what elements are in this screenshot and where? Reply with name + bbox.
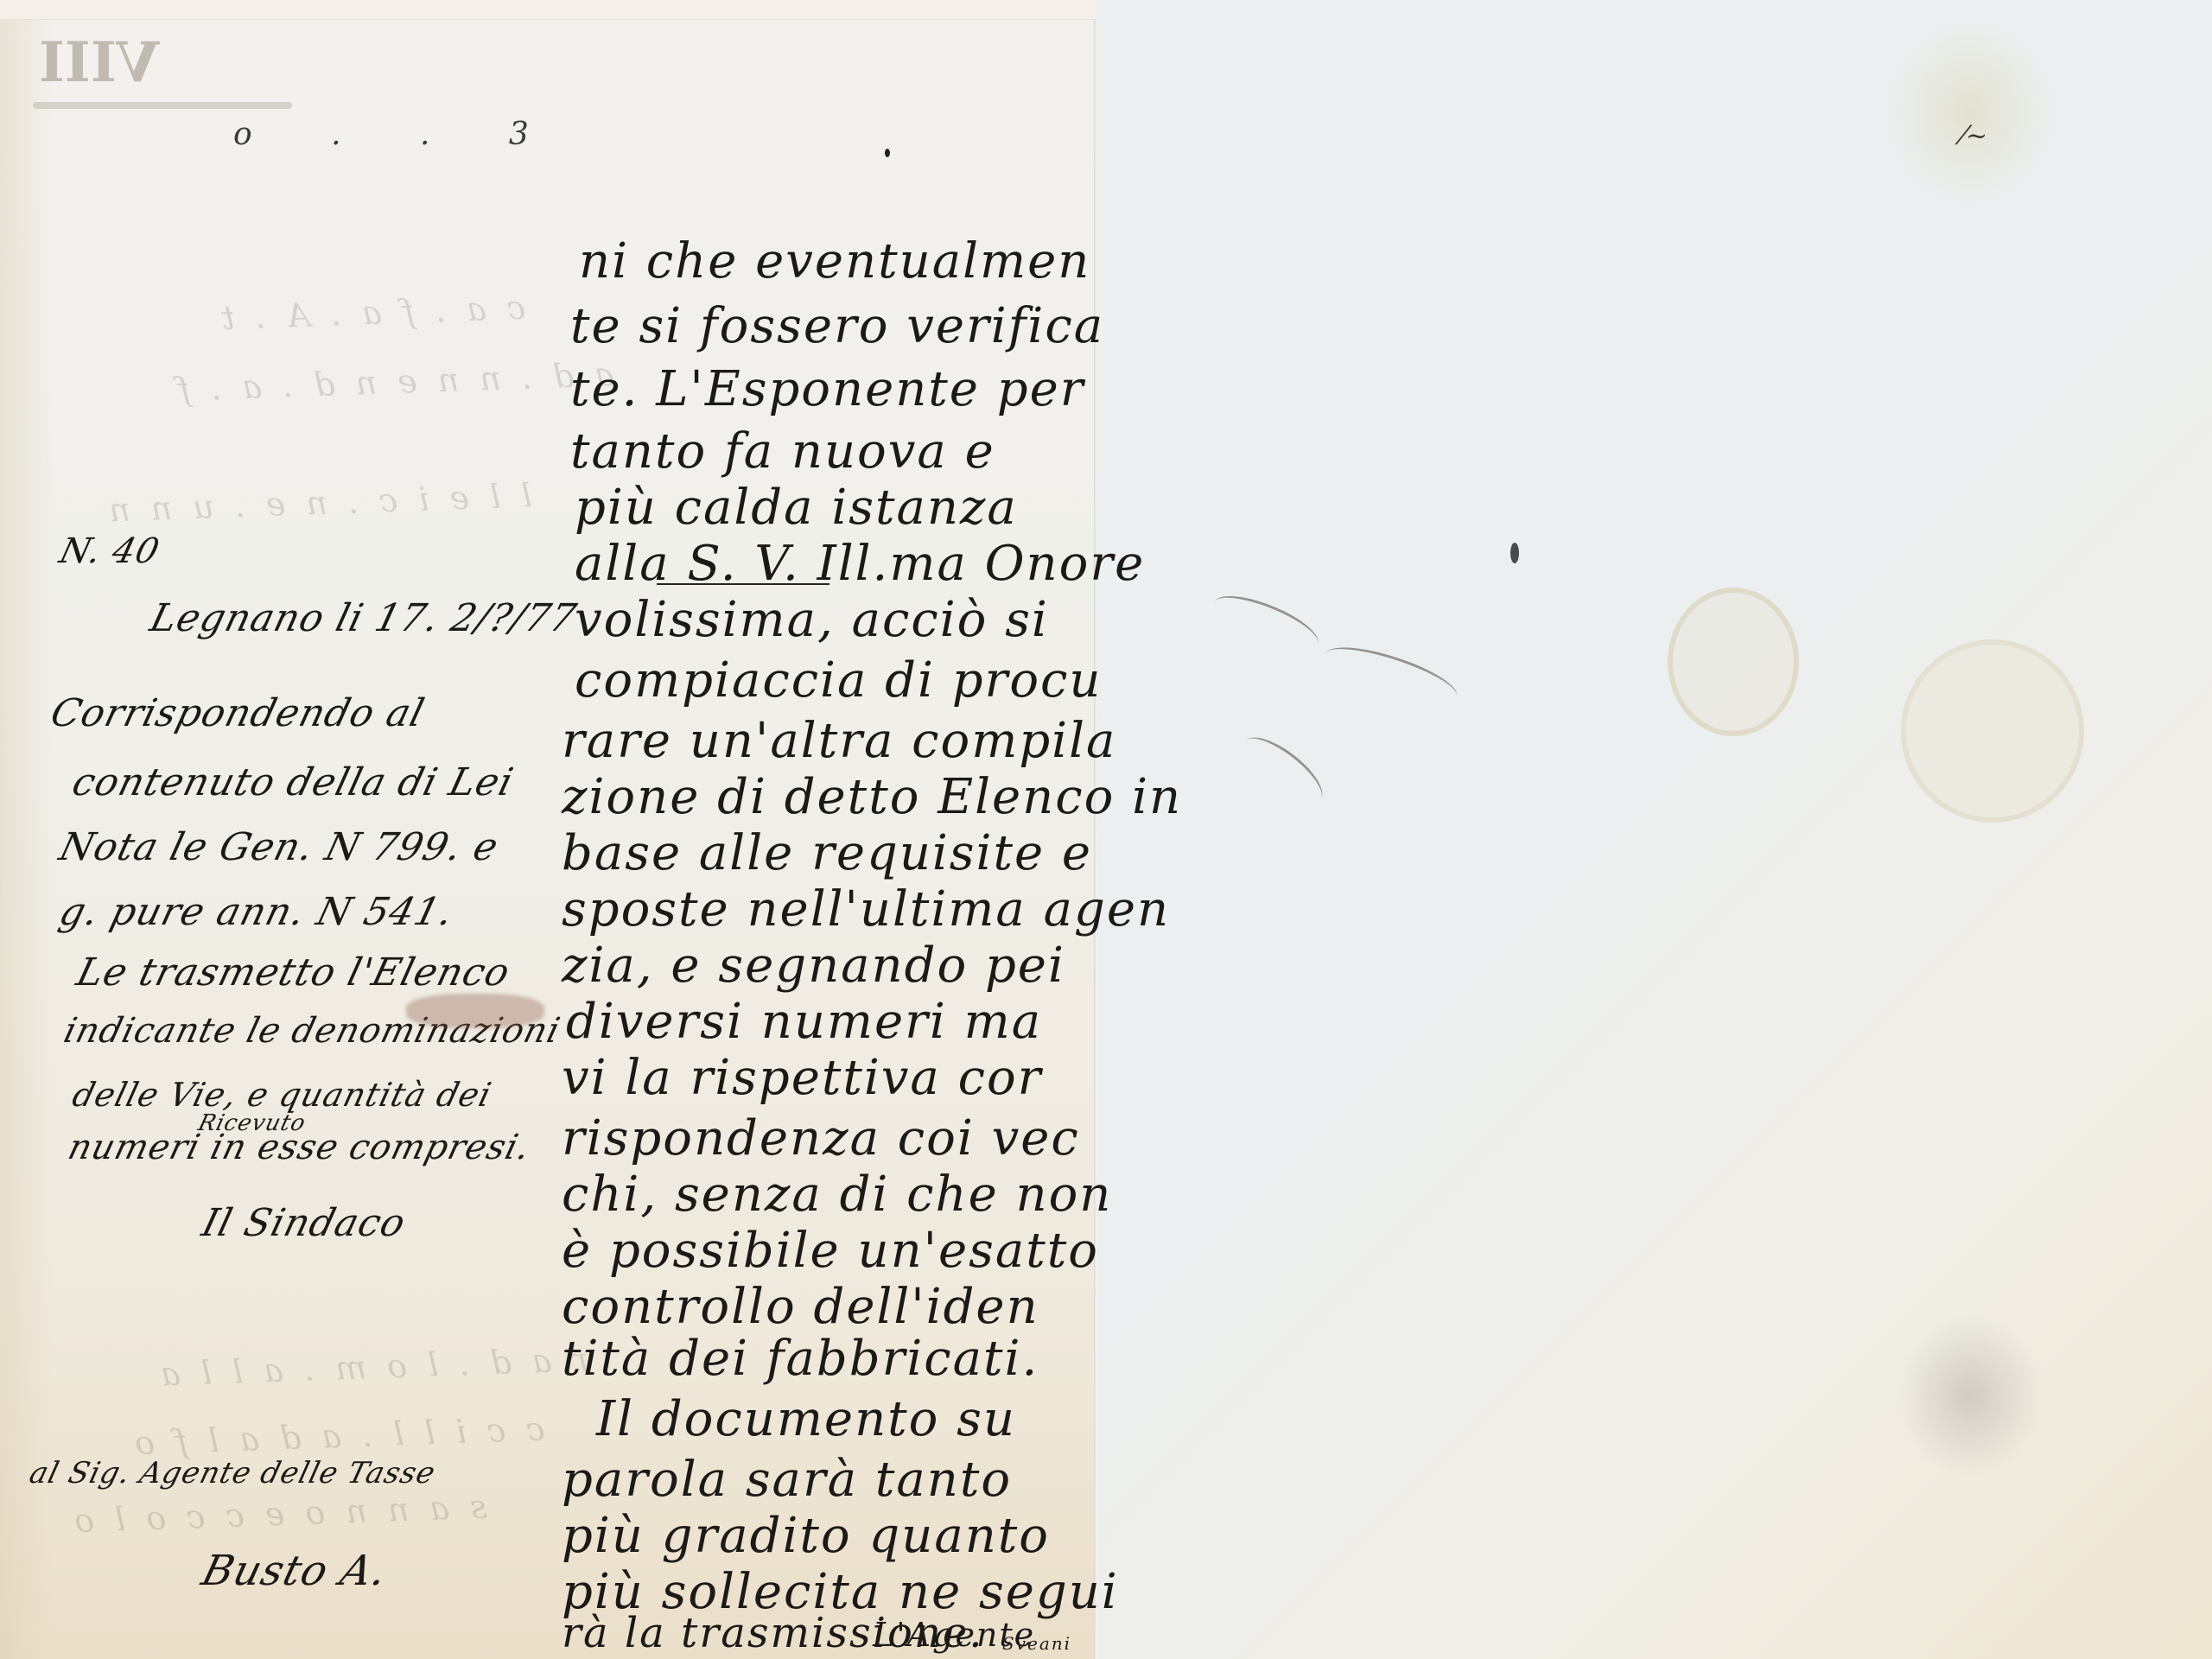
signature-sub: Sveani xyxy=(1002,1633,1071,1654)
header-underline xyxy=(33,102,292,109)
note-line: delle Vie, e quantità dei xyxy=(69,1076,496,1114)
reference-number: N. 40 xyxy=(55,531,163,571)
note-signature: Il Sindaco xyxy=(198,1201,410,1245)
text-line: te si fossero verifica xyxy=(570,298,1104,354)
page-top-edge xyxy=(0,0,1096,20)
text-line: te. L'Esponente per xyxy=(570,361,1084,417)
text-line: base alle requisite e xyxy=(562,825,1092,881)
note-line: Corrispondendo al xyxy=(47,691,429,735)
text-line: zione di detto Elenco in xyxy=(562,769,1182,825)
text-line: più calda istanza xyxy=(575,480,1018,536)
text-line: parola sarà tanto xyxy=(562,1452,1012,1508)
text-line: controllo dell'iden xyxy=(562,1279,1039,1335)
ink-smudge xyxy=(406,994,544,1028)
text-line: tanto fa nuova e xyxy=(570,423,995,480)
text-line: Il documento su xyxy=(596,1391,1016,1447)
addressee: al Sig. Agente delle Tasse xyxy=(26,1456,439,1491)
header-marks: o . . 3 xyxy=(233,117,563,152)
ink-dot xyxy=(885,149,890,157)
text-line: sposte nell'ultima agen xyxy=(562,881,1170,938)
faded-stamp xyxy=(1668,588,1799,736)
gray-stain xyxy=(1897,1313,2044,1478)
text-line: compiaccia di procu xyxy=(575,652,1102,709)
note-line: Legnano li 17. 2/?/77 xyxy=(146,596,582,640)
note-line: contenuto della di Lei xyxy=(68,760,518,804)
note-line: g. pure ann. N 541. xyxy=(55,890,459,934)
text-line: zia, e segnando pei xyxy=(562,938,1065,994)
note-line: Le trasmetto l'Elenco xyxy=(73,950,515,995)
text-line: è possibile un'esatto xyxy=(562,1223,1099,1279)
text-line: tità dei fabbricati. xyxy=(562,1331,1039,1387)
corner-pen-mark: ⁄~ xyxy=(1961,121,1987,151)
text-line: chi, senza di che non xyxy=(562,1166,1112,1223)
note-line: Nota le Gen. N 799. e xyxy=(55,825,504,869)
text-line: rispondenza coi vec xyxy=(562,1110,1080,1166)
faded-stamp xyxy=(1901,639,2084,823)
text-line: ni che eventualmen xyxy=(579,233,1090,289)
text-line: più gradito quanto xyxy=(562,1508,1050,1564)
ink-dot xyxy=(1510,543,1519,563)
text-line: volissima, acciò si xyxy=(575,592,1049,648)
text-line: diversi numeri ma xyxy=(566,994,1042,1050)
closing-place: Busto A. xyxy=(197,1547,392,1595)
note-line: numeri in esse compresi. xyxy=(64,1128,534,1167)
text-line: rare un'altra compila xyxy=(562,713,1116,769)
right-page xyxy=(1096,0,2212,1659)
paper-stain xyxy=(1884,17,2056,207)
page-fold-divider xyxy=(1094,0,1096,1659)
text-underline xyxy=(657,583,829,585)
roman-numeral-header: VIII xyxy=(39,30,159,95)
text-line: vi la rispettiva cor xyxy=(562,1050,1042,1106)
